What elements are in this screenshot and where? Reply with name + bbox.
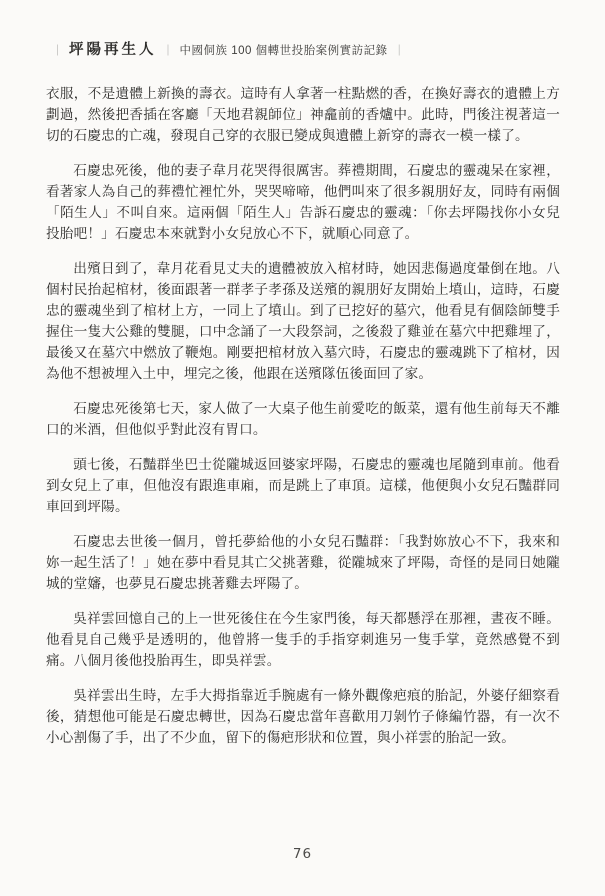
paragraph: 吳祥雲出生時，左手大拇指靠近手腕處有一條外觀像疤痕的胎記，外婆仔細察看後，猜想他…: [46, 686, 560, 749]
paragraph: 頭七後，石豔群坐巴士從隴城返回婆家坪陽，石慶忠的靈魂也尾隨到車前。他看到女兒上了…: [46, 455, 560, 518]
header-separator: ｜: [388, 42, 411, 58]
page-header: ｜ 坪陽再生人 ｜ 中國侗族 100 個轉世投胎案例實訪記錄 ｜: [46, 38, 565, 59]
paragraph: 吳祥雲回憶自己的上一世死後住在今生家門後，每天都懸浮在那裡，晝夜不睡。他看見自己…: [46, 609, 560, 672]
header-separator: ｜: [46, 42, 69, 58]
paragraph: 石慶忠死後，他的妻子韋月花哭得很厲害。葬禮期間，石慶忠的靈魂呆在家裡，看著家人為…: [46, 161, 560, 245]
paragraph: 石慶忠死後第七天，家人做了一大桌子他生前愛吃的飯菜，還有他生前每天不離口的米酒，…: [46, 399, 560, 441]
book-title: 坪陽再生人: [69, 38, 157, 59]
header-separator: ｜: [157, 42, 180, 58]
paragraph: 石慶忠去世後一個月，曾托夢給他的小女兒石豔群：「我對妳放心不下，我來和妳一起生活…: [46, 532, 560, 595]
book-subtitle: 中國侗族 100 個轉世投胎案例實訪記錄: [180, 42, 388, 58]
paragraph: 衣服，不是遺體上新換的壽衣。這時有人拿著一柱點燃的香，在換好壽衣的遺體上方劃過，…: [46, 84, 560, 147]
paragraph: 出殯日到了，韋月花看見丈夫的遺體被放入棺材時，她因悲傷過度暈倒在地。八個村民抬起…: [46, 259, 560, 385]
book-page: ｜ 坪陽再生人 ｜ 中國侗族 100 個轉世投胎案例實訪記錄 ｜ 衣服，不是遺體…: [0, 0, 605, 896]
page-number: 76: [0, 846, 605, 862]
body-text: 衣服，不是遺體上新換的壽衣。這時有人拿著一柱點燃的香，在換好壽衣的遺體上方劃過，…: [46, 84, 560, 763]
